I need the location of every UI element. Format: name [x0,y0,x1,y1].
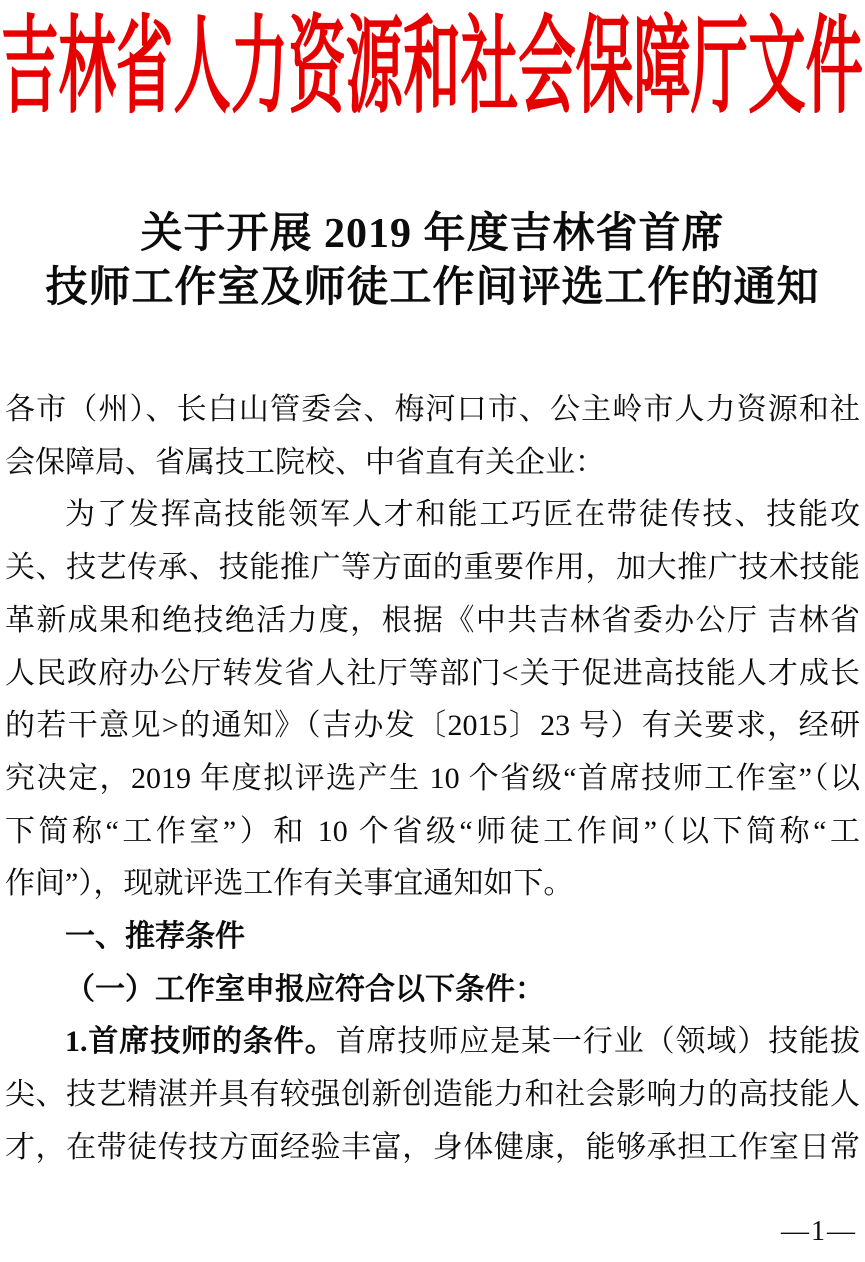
title-line-2: 技师工作室及师徒工作间评选工作的通知 [0,261,865,315]
document-title: 关于开展 2019 年度吉林省首席 技师工作室及师徒工作间评选工作的通知 [0,207,865,315]
paragraph-line: 下简称“工作室”）和 10 个省级“师徒工作间”（以下简称“工 [5,806,860,859]
item-line: 才，在带徒传技方面经验丰富，身体健康，能够承担工作室日常 [5,1122,860,1175]
document-page: 吉林省人力资源和社会保障厅文件 关于开展 2019 年度吉林省首席 技师工作室及… [0,0,865,1262]
item-lead-text: 1.首席技师的条件。 [65,1025,336,1058]
paragraph-line: 为了发挥高技能领军人才和能工巧匠在带徒传技、技能攻 [5,489,860,542]
item-line: 1.首席技师的条件。首席技师应是某一行业（领域）技能拔 [5,1016,860,1069]
title-line-1: 关于开展 2019 年度吉林省首席 [0,207,865,261]
recipients-line: 会保障局、省属技工院校、中省直有关企业： [5,437,860,490]
header-banner-text: 吉林省人力资源和社会保障厅文件 [1,9,863,124]
paragraph-line: 关、技艺传承、技能推广等方面的重要作用，加大推广技术技能 [5,542,860,595]
section-heading: 一、推荐条件 [5,911,860,964]
paragraph-line: 作间”），现就评选工作有关事宜通知如下。 [5,858,860,911]
paragraph-line: 的若干意见>的通知》（吉办发〔2015〕23 号）有关要求，经研 [5,700,860,753]
paragraph-line: 人民政府办公厅转发省人社厅等部门<关于促进高技能人才成长 [5,648,860,701]
item-line: 尖、技艺精湛并具有较强创新创造能力和社会影响力的高技能人 [5,1069,860,1122]
section-subheading: （一）工作室申报应符合以下条件： [5,964,860,1017]
paragraph-line: 究决定，2019 年度拟评选产生 10 个省级“首席技师工作室”（以 [5,753,860,806]
recipients-line: 各市（州）、长白山管委会、梅河口市、公主岭市人力资源和社 [5,384,860,437]
paragraph-line: 革新成果和绝技绝活力度，根据《中共吉林省委办公厅 吉林省 [5,595,860,648]
item-rest-text: 首席技师应是某一行业（领域）技能拔 [336,1025,860,1058]
header-banner: 吉林省人力资源和社会保障厅文件 [0,2,865,124]
page-number: —1— [781,1216,857,1248]
document-body: 各市（州）、长白山管委会、梅河口市、公主岭市人力资源和社 会保障局、省属技工院校… [0,384,865,1175]
